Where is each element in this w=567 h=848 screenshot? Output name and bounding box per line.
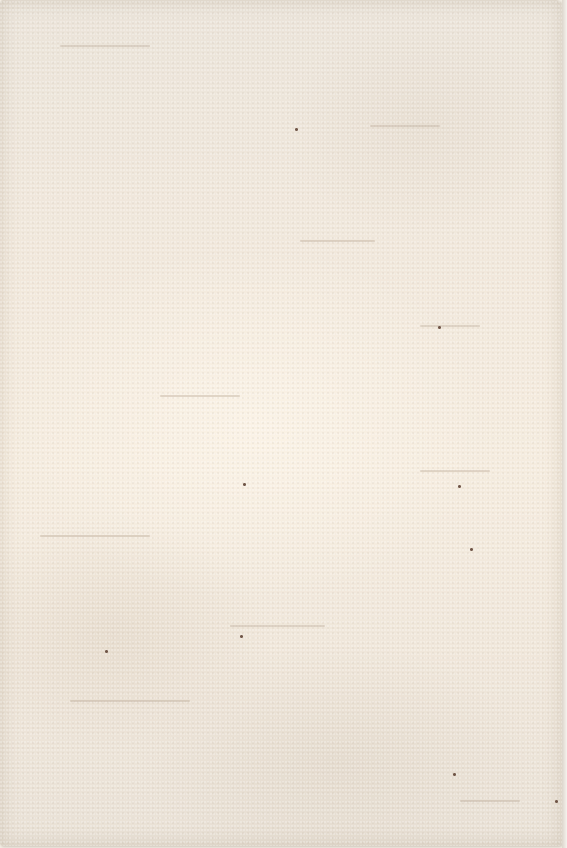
rug (0, 0, 562, 846)
fiber-speck (555, 800, 558, 803)
photo-canvas (0, 0, 567, 848)
fiber-streak (70, 700, 190, 702)
fiber-streak (160, 395, 240, 397)
fiber-speck (458, 485, 461, 488)
fiber-streak (420, 470, 490, 472)
fiber-speck (470, 548, 473, 551)
fiber-speck (243, 483, 246, 486)
fiber-speck (453, 773, 456, 776)
fiber-streak (370, 125, 440, 127)
fiber-speck (105, 650, 108, 653)
fiber-streak (60, 45, 150, 47)
fiber-streak (420, 325, 480, 327)
fiber-streak (300, 240, 375, 242)
fiber-streak (460, 800, 520, 802)
rug-pile-texture (0, 0, 562, 846)
fiber-speck (240, 635, 243, 638)
fiber-speck (438, 326, 441, 329)
fiber-streak (230, 625, 325, 627)
fiber-streak (40, 535, 150, 537)
fiber-speck (295, 128, 298, 131)
background-edge (562, 0, 567, 848)
